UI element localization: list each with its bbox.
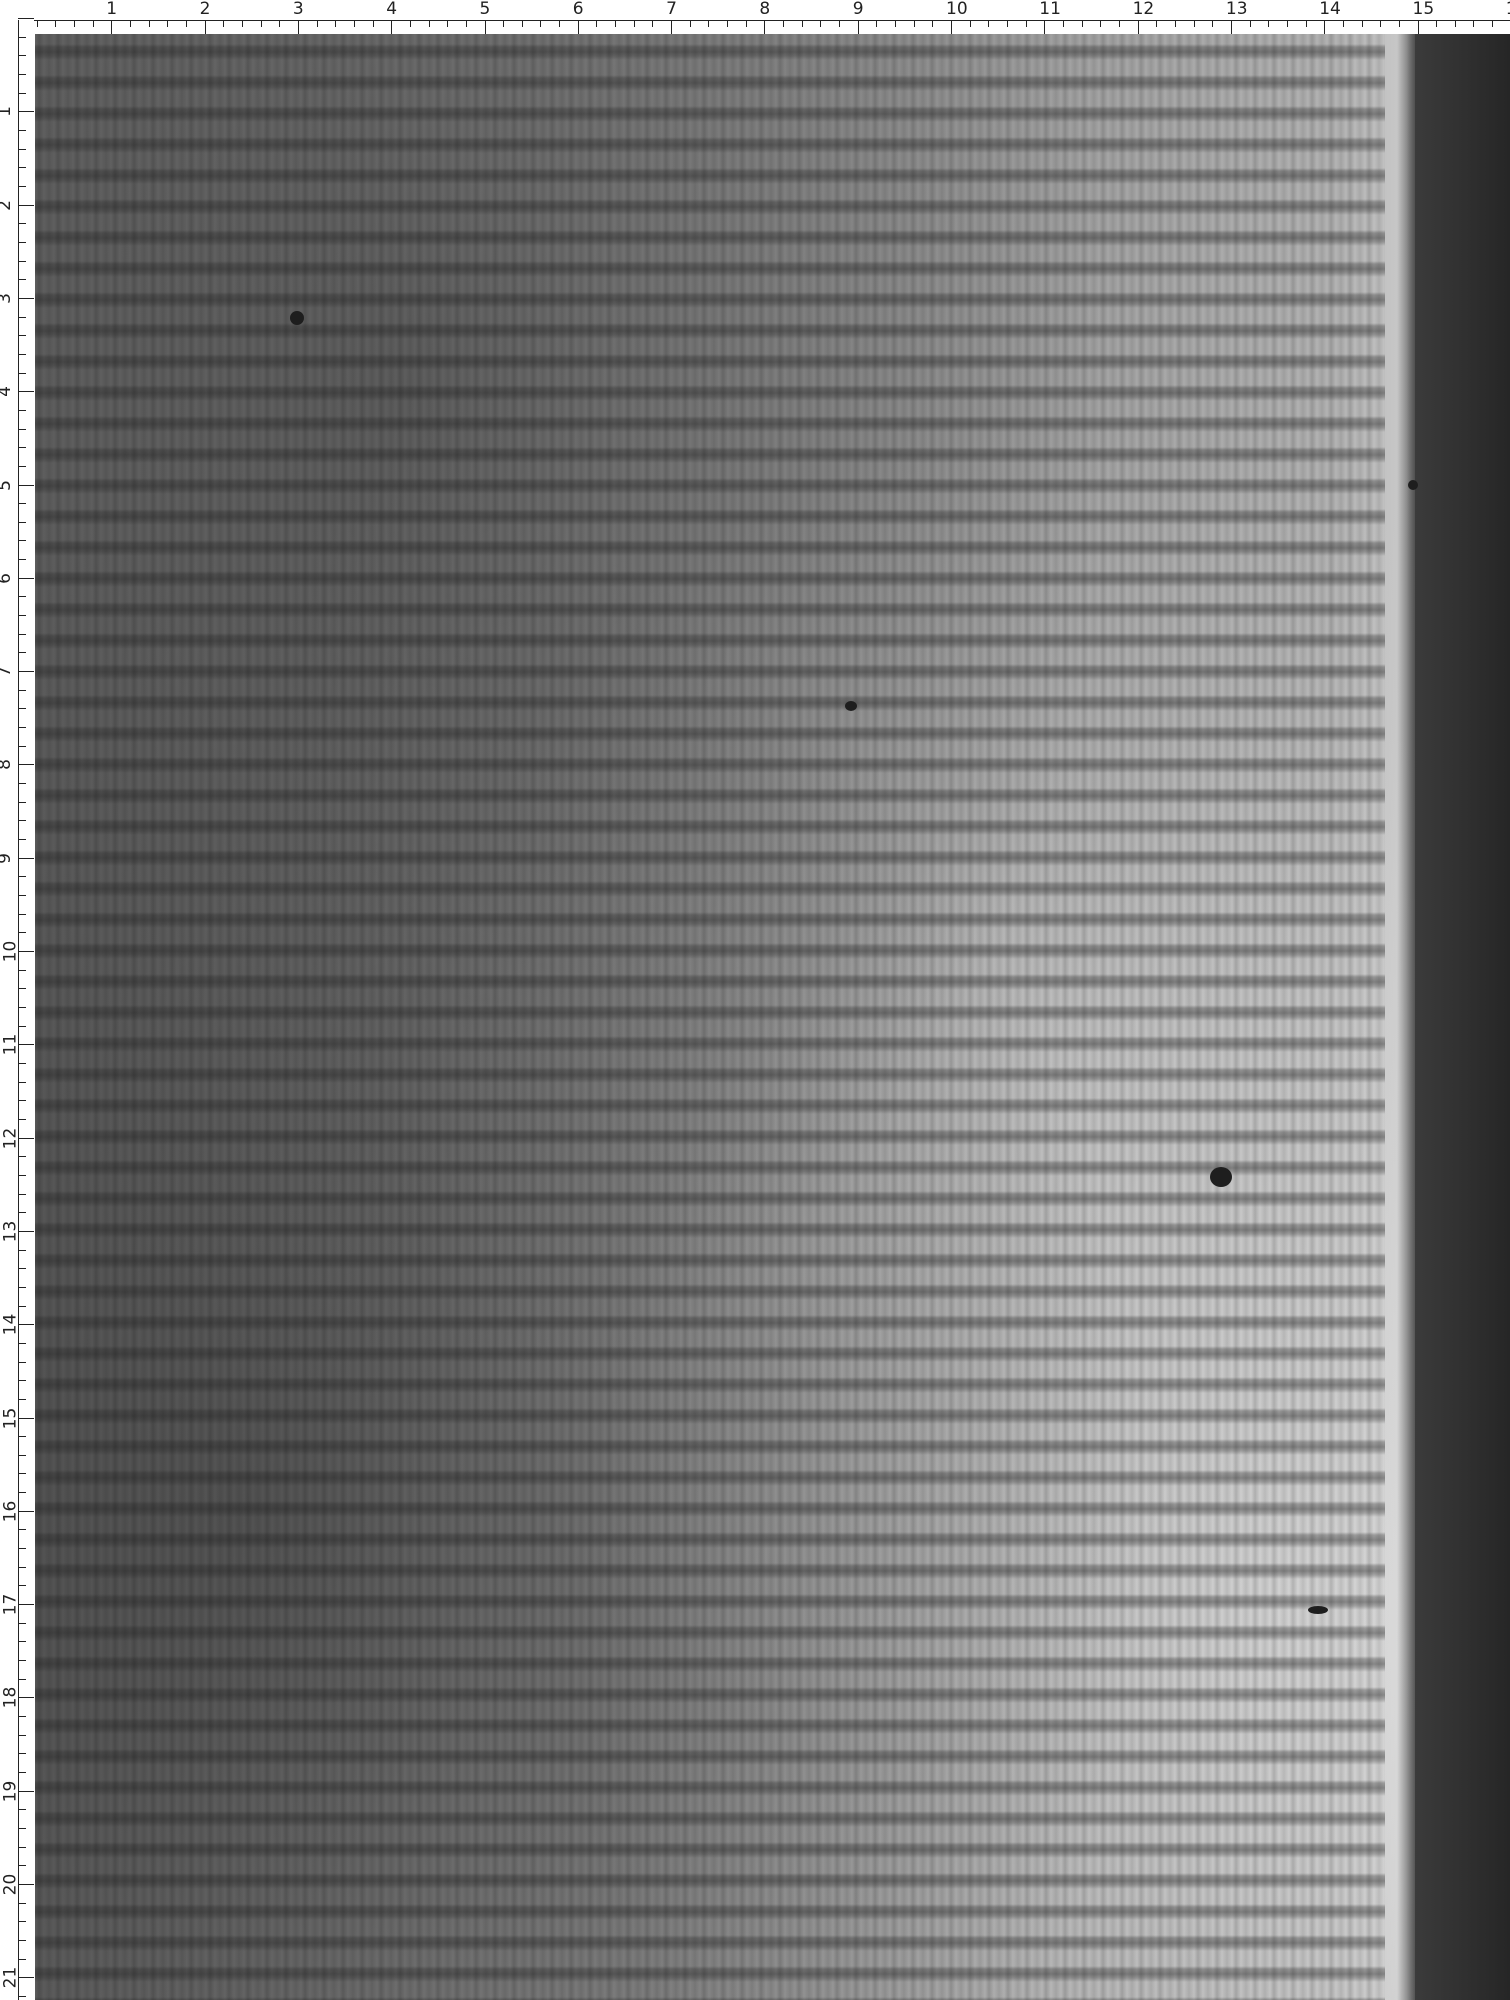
ruler-tick (1063, 20, 1064, 27)
ruler-left-label: 1 (0, 106, 14, 117)
ruler-tick (876, 20, 877, 27)
ruler-top-label: 14 (1319, 1, 1341, 18)
ruler-tick (1175, 20, 1176, 27)
ruler-tick (111, 20, 112, 34)
ruler-tick (18, 1250, 26, 1251)
ruler-left-label: 21 (2, 1967, 19, 1989)
ruler-left-label: 13 (2, 1221, 19, 1243)
ruler-tick (596, 20, 597, 27)
ruler-tick (55, 20, 56, 27)
ruler-tick (93, 20, 94, 27)
ruler-tick (130, 20, 131, 27)
ruler-tick (1100, 20, 1101, 27)
ruler-tick (802, 20, 803, 27)
ruler-tick (503, 20, 504, 27)
ruler-tick (970, 20, 971, 27)
ruler-tick (18, 1119, 26, 1120)
ruler-tick (820, 20, 821, 27)
ruler-tick (279, 20, 280, 27)
ruler-tick (1026, 20, 1027, 27)
ruler-tick (615, 20, 616, 27)
ruler-tick (18, 1791, 34, 1792)
ruler-tick (1194, 20, 1195, 27)
ruler-tick (18, 1884, 34, 1885)
ruler-top-label: 7 (666, 1, 677, 18)
ruler-tick (18, 317, 26, 318)
ruler-tick (18, 914, 26, 915)
ruler-left-label: 7 (0, 666, 14, 677)
ruler-tick (522, 20, 523, 27)
ruler-tick (559, 20, 560, 27)
ruler-tick (242, 20, 243, 27)
ruler-tick (261, 20, 262, 27)
ruler-tick (764, 20, 765, 34)
ruler-tick (18, 1212, 26, 1213)
ruler-tick (634, 20, 635, 27)
ruler-tick (18, 74, 26, 75)
ruler-tick (18, 634, 26, 635)
ruler-tick (354, 20, 355, 27)
ruler-tick (18, 1287, 26, 1288)
ruler-tick (932, 20, 933, 27)
ruler-tick (746, 20, 747, 27)
ruler-tick (149, 20, 150, 27)
ruler-tick (18, 335, 26, 336)
ruler-tick (1287, 20, 1288, 27)
ruler-tick (1250, 20, 1251, 27)
ruler-tick (18, 1156, 26, 1157)
ruler-tick (18, 1847, 26, 1848)
ruler-top: 01234567891011121314151 (0, 0, 1510, 34)
ruler-tick (18, 1399, 26, 1400)
ruler-tick (18, 1194, 26, 1195)
ruler-tick (18, 1697, 34, 1698)
ruler-tick (18, 447, 26, 448)
ruler-tick (18, 1324, 34, 1325)
ruler-tick (18, 858, 34, 859)
ruler-tick (18, 205, 34, 206)
ruler-left-label: 20 (2, 1874, 19, 1896)
ruler-tick (18, 690, 26, 691)
ruler-tick (335, 20, 336, 27)
ruler-left-label: 11 (2, 1034, 19, 1056)
ruler-tick (18, 410, 26, 411)
ruler-tick (18, 1604, 34, 1605)
ruler-tick (18, 167, 26, 168)
ruler-tick (18, 671, 34, 672)
ruler-tick (429, 20, 430, 27)
ruler-tick (18, 149, 26, 150)
ruler-tick (18, 1641, 26, 1642)
ruler-tick (540, 20, 541, 27)
ruler-tick (18, 1996, 26, 1997)
ruler-left-label: 2 (0, 200, 14, 211)
ruler-left-label: 16 (2, 1500, 19, 1522)
ruler-left-label: 9 (0, 853, 14, 864)
ruler-top-label: 5 (480, 1, 491, 18)
ruler-tick (671, 20, 672, 34)
ruler-tick (727, 20, 728, 27)
ruler-tick (18, 1138, 34, 1139)
ruler-tick (18, 1306, 26, 1307)
ruler-tick (18, 746, 26, 747)
ruler-tick (373, 20, 374, 27)
ruler-tick (18, 783, 26, 784)
ruler-left-label: 15 (2, 1407, 19, 1429)
ruler-tick (37, 20, 38, 27)
ruler-tick (18, 1567, 26, 1568)
ruler-tick (18, 1362, 26, 1363)
ruler-top-label: 10 (946, 1, 968, 18)
ruler-tick (18, 932, 26, 933)
ruler-tick (18, 1903, 26, 1904)
ruler-left-label: 12 (2, 1127, 19, 1149)
ruler-tick (18, 578, 34, 579)
ruler-tick (18, 1585, 26, 1586)
ruler-tick (1362, 20, 1363, 27)
ruler-tick (18, 1660, 26, 1661)
ruler-tick (18, 186, 26, 187)
ruler-tick (391, 20, 392, 34)
ruler-tick (1306, 20, 1307, 27)
ruler-tick (1119, 20, 1120, 27)
ruler-left: 123456789101112131415161718192021 (0, 0, 34, 2000)
ruler-tick (18, 1007, 26, 1008)
ruler-tick (18, 1809, 26, 1810)
ruler-tick (18, 111, 34, 112)
ruler-top-label: 2 (200, 1, 211, 18)
ruler-tick (18, 373, 26, 374)
ruler-tick (18, 522, 26, 523)
ruler-tick (18, 1511, 34, 1512)
ruler-tick (18, 1418, 34, 1419)
glyph-texture (35, 34, 1385, 2000)
ruler-tick (18, 298, 34, 299)
ruler-tick (1418, 20, 1419, 34)
ruler-tick (223, 20, 224, 27)
ruler-tick (18, 802, 26, 803)
ink-blot (1308, 1606, 1328, 1614)
ruler-tick (18, 223, 26, 224)
ruler-tick (1268, 20, 1269, 27)
ruler-tick (18, 652, 26, 653)
ruler-tick (1082, 20, 1083, 27)
ruler-tick (895, 20, 896, 27)
ruler-top-label: 1 (106, 1, 117, 18)
dark-margin (1415, 34, 1510, 2000)
ruler-tick (18, 242, 26, 243)
ruler-tick (914, 20, 915, 27)
ruler-tick (18, 1753, 26, 1754)
ruler-top-label: 8 (759, 1, 770, 18)
ruler-tick (298, 20, 299, 34)
ruler-tick (18, 1529, 26, 1530)
ruler-tick (18, 727, 26, 728)
ruler-tick (18, 1959, 26, 1960)
ruler-tick (690, 20, 691, 27)
ruler-tick (18, 1940, 26, 1941)
ruler-tick (18, 988, 26, 989)
ruler-tick (18, 1436, 26, 1437)
ruler-tick (783, 20, 784, 27)
ruler-top-label: 3 (293, 1, 304, 18)
ruler-tick (18, 1455, 26, 1456)
ruler-tick (18, 1380, 26, 1381)
ruler-tick (18, 55, 26, 56)
ruler-left-label: 10 (2, 941, 19, 963)
ruler-tick (18, 503, 26, 504)
ruler-tick (18, 93, 26, 94)
ruler-top-label: 12 (1133, 1, 1155, 18)
ruler-tick (18, 1679, 26, 1680)
ink-blot (845, 701, 857, 711)
ruler-tick (18, 540, 26, 541)
ruler-tick (18, 485, 34, 486)
ruler-tick (18, 18, 34, 19)
page-edge (1397, 34, 1415, 2000)
ruler-tick (708, 20, 709, 27)
ruler-tick (18, 1716, 26, 1717)
ruler-top-label: 4 (386, 1, 397, 18)
ruler-tick (18, 764, 34, 765)
ruler-tick (466, 20, 467, 27)
ruler-tick (18, 596, 26, 597)
ruler-tick (1399, 20, 1400, 27)
ruler-tick (1044, 20, 1045, 34)
ink-blot (290, 311, 304, 325)
ruler-tick (18, 429, 26, 430)
ruler-tick (18, 261, 26, 262)
ruler-tick (18, 37, 26, 38)
ruler-tick (18, 279, 26, 280)
ink-blot (1408, 480, 1418, 490)
ruler-tick (18, 1343, 26, 1344)
ruler-tick (485, 20, 486, 34)
ruler-tick (1380, 20, 1381, 27)
ruler-tick (18, 466, 26, 467)
ruler-tick (18, 1772, 26, 1773)
ruler-tick (1324, 20, 1325, 34)
ruler-top-label: 11 (1039, 1, 1061, 18)
ruler-tick (839, 20, 840, 27)
ruler-left-label: 5 (0, 480, 14, 491)
ruler-tick (447, 20, 448, 27)
ruler-tick (18, 708, 26, 709)
ruler-tick (18, 876, 26, 877)
ruler-tick (1138, 20, 1139, 34)
ruler-left-label: 4 (0, 386, 14, 397)
ruler-top-label: 13 (1226, 1, 1248, 18)
ruler-tick (74, 20, 75, 27)
ruler-left-label: 19 (2, 1780, 19, 1802)
ruler-tick (18, 1735, 26, 1736)
ruler-tick (578, 20, 579, 34)
ruler-tick (18, 615, 26, 616)
ruler-tick (18, 1026, 26, 1027)
ruler-tick (18, 1268, 26, 1269)
ruler-tick (18, 839, 26, 840)
ruler-tick (1007, 20, 1008, 27)
ruler-tick (18, 1100, 26, 1101)
ruler-tick (18, 820, 26, 821)
ruler-tick (988, 20, 989, 27)
ruler-left-label: 17 (2, 1594, 19, 1616)
ruler-tick (18, 970, 26, 971)
ruler-left-label: 6 (0, 573, 14, 584)
ruler-tick (951, 20, 952, 34)
ink-blot (1210, 1167, 1232, 1187)
ruler-top-label: 9 (853, 1, 864, 18)
ruler-tick (410, 20, 411, 27)
ruler-tick (18, 1977, 34, 1978)
ruler-tick (652, 20, 653, 27)
ruler-tick (18, 1492, 26, 1493)
ruler-tick (18, 895, 26, 896)
ruler-left-label: 14 (2, 1314, 19, 1336)
manuscript-scan: illegible (35, 34, 1510, 2000)
ruler-tick (18, 559, 26, 560)
ruler-tick (18, 1623, 26, 1624)
ruler-tick (18, 1865, 26, 1866)
ruler-tick (1231, 20, 1232, 34)
ruler-tick (18, 1231, 34, 1232)
ruler-left-label: 18 (2, 1687, 19, 1709)
ruler-left-label: 8 (0, 759, 14, 770)
ruler-tick (1455, 20, 1456, 27)
ruler-top-label: 1 (1506, 1, 1510, 18)
ruler-tick (167, 20, 168, 27)
ruler-tick (18, 1828, 26, 1829)
ruler-tick (1436, 20, 1437, 27)
ruler-tick (205, 20, 206, 34)
ruler-tick (18, 130, 26, 131)
ruler-left-label: 3 (0, 293, 14, 304)
ruler-top-label: 6 (573, 1, 584, 18)
ruler-tick (186, 20, 187, 27)
ruler-tick (18, 354, 26, 355)
ruler-tick (18, 1063, 26, 1064)
ruler-tick (317, 20, 318, 27)
ruler-tick (18, 1548, 26, 1549)
ruler-tick (18, 1082, 26, 1083)
ruler-tick (18, 1921, 26, 1922)
ruler-tick (1473, 20, 1474, 27)
ruler-tick (18, 1473, 26, 1474)
ruler-tick (1343, 20, 1344, 27)
ruler-top-label: 15 (1413, 1, 1435, 18)
ruler-tick (18, 1044, 34, 1045)
ruler-tick (18, 391, 34, 392)
ruler-tick (858, 20, 859, 34)
ruler-tick (1492, 20, 1493, 27)
ruler-tick (1212, 20, 1213, 27)
ruler-tick (1156, 20, 1157, 27)
ruler-tick (18, 951, 34, 952)
ruler-tick (18, 1175, 26, 1176)
